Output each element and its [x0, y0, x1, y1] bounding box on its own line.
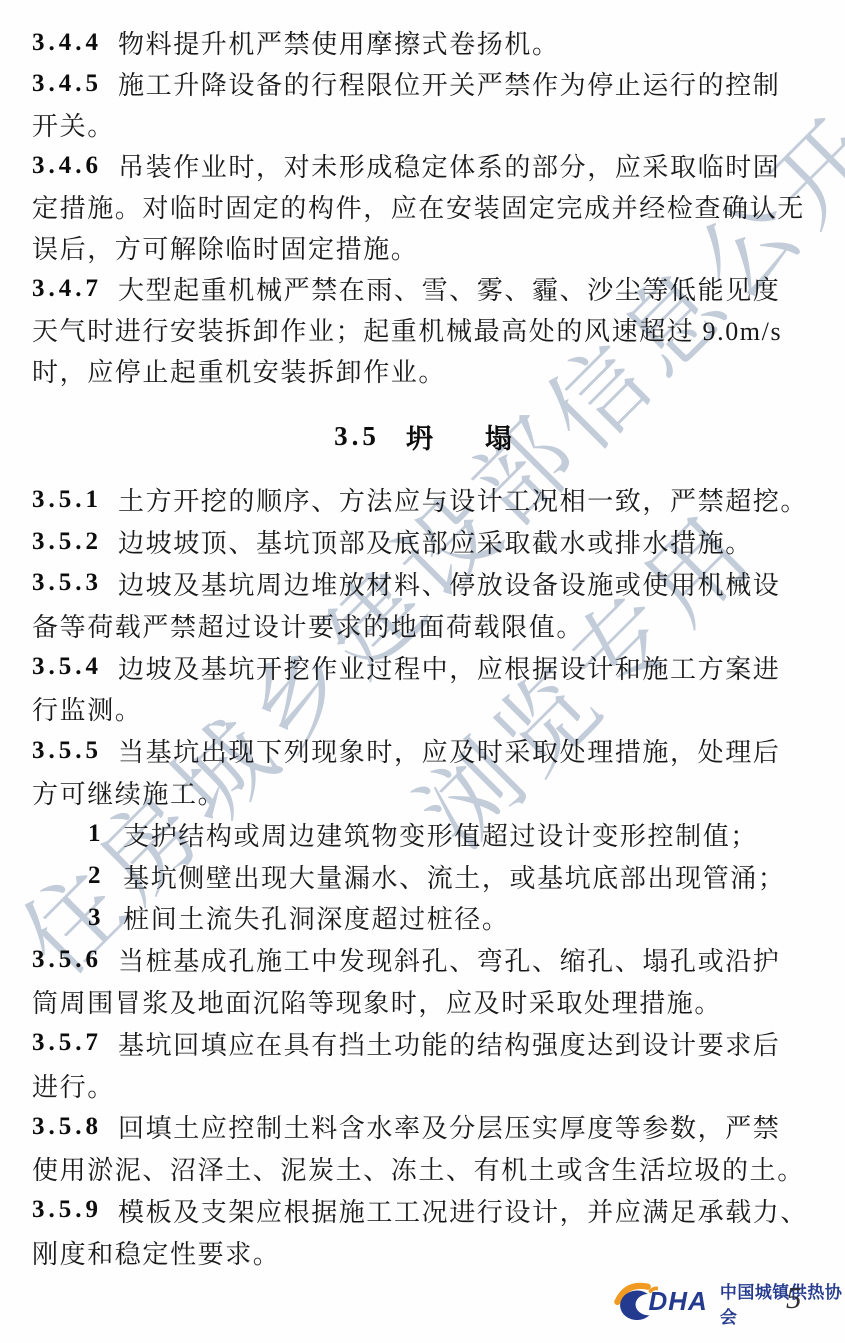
clause-number: 3.5.5 [32, 737, 102, 765]
line-text: 时，应停止起重机安装拆卸作业。 [32, 352, 446, 389]
clause-line: 3.5.1土方开挖的顺序、方法应与设计工况相一致，严禁超挖。 [32, 479, 814, 521]
cdha-logo: DHA 中国城镇供热协会 [612, 1276, 845, 1326]
clause-number: 3.5.2 [32, 528, 102, 556]
cdha-c-swoosh-icon [612, 1276, 658, 1326]
line-text: 刚度和稳定性要求。 [32, 1234, 280, 1271]
line-text: 备等荷载严禁超过设计要求的地面荷载限值。 [32, 607, 584, 644]
subitem-line: 3桩间土流失孔洞深度超过桩径。 [32, 897, 814, 939]
clause-line: 3.4.6吊装作业时，对未形成稳定体系的部分，应采取临时固 [32, 145, 814, 186]
clause-number: 3.4.7 [32, 275, 102, 303]
line-text: 物料提升机严禁使用摩擦式卷扬机。 [118, 24, 560, 61]
line-text: 模板及支架应根据施工工况进行设计，并应满足承载力、 [118, 1192, 808, 1229]
clause-number: 3.5.7 [32, 1029, 102, 1057]
continuation-line: 方可继续施工。 [32, 772, 814, 814]
line-text: 筒周围冒浆及地面沉陷等现象时，应及时采取处理措施。 [32, 983, 722, 1020]
document-page: 住房城乡建设部信息公开 浏览专用 3.4.4物料提升机严禁使用摩擦式卷扬机。3.… [0, 0, 845, 1343]
clause-line: 3.4.5施工升降设备的行程限位开关严禁作为停止运行的控制 [32, 63, 814, 104]
clause-line: 3.5.8回填土应控制土料含水率及分层压实厚度等参数，严禁 [32, 1106, 814, 1148]
section-heading-word1: 坍 [406, 417, 433, 456]
subitem-number: 2 [88, 862, 102, 890]
line-text: 使用淤泥、沼泽土、泥炭土、冻土、有机土或含生活垃圾的土。 [32, 1150, 805, 1187]
continuation-line: 定措施。对临时固定的构件，应在安装固定完成并经检查确认无 [32, 186, 814, 227]
clause-line: 3.5.2边坡坡顶、基坑顶部及底部应采取截水或排水措施。 [32, 521, 814, 563]
line-text: 进行。 [32, 1067, 115, 1104]
clause-number: 3.5.1 [32, 486, 102, 514]
continuation-line: 开关。 [32, 104, 814, 145]
clause-line: 3.5.3边坡及基坑周边堆放材料、停放设备设施或使用机械设 [32, 563, 814, 605]
continuation-line: 进行。 [32, 1064, 814, 1106]
line-text: 定措施。对临时固定的构件，应在安装固定完成并经检查确认无 [32, 188, 805, 225]
line-text: 吊装作业时，对未形成稳定体系的部分，应采取临时固 [118, 147, 780, 184]
clause-line: 3.5.6当桩基成孔施工中发现斜孔、弯孔、缩孔、塌孔或沿护 [32, 939, 814, 981]
clause-number: 3.4.5 [32, 70, 102, 98]
section-heading: 3.5坍塌 [32, 415, 814, 457]
subitem-number: 3 [88, 904, 102, 932]
clause-line: 3.4.4物料提升机严禁使用摩擦式卷扬机。 [32, 22, 814, 63]
line-text: 施工升降设备的行程限位开关严禁作为停止运行的控制 [118, 65, 780, 102]
document-content: 3.4.4物料提升机严禁使用摩擦式卷扬机。3.4.5施工升降设备的行程限位开关严… [32, 22, 814, 1273]
line-text: 当基坑出现下列现象时，应及时采取处理措施，处理后 [118, 732, 780, 769]
subitem-number: 1 [88, 820, 102, 848]
line-text: 边坡坡顶、基坑顶部及底部应采取截水或排水措施。 [118, 523, 753, 560]
line-text: 大型起重机械严禁在雨、雪、雾、霾、沙尘等低能见度 [118, 270, 780, 307]
line-text: 开关。 [32, 106, 115, 143]
continuation-line: 行监测。 [32, 688, 814, 730]
subitem-line: 1支护结构或周边建筑物变形值超过设计变形控制值； [32, 813, 814, 855]
continuation-line: 刚度和稳定性要求。 [32, 1231, 814, 1273]
continuation-line: 天气时进行安装拆卸作业；起重机械最高处的风速超过 9.0m/s [32, 309, 814, 350]
line-text: 方可继续施工。 [32, 774, 225, 811]
clause-line: 3.5.5当基坑出现下列现象时，应及时采取处理措施，处理后 [32, 730, 814, 772]
continuation-line: 备等荷载严禁超过设计要求的地面荷载限值。 [32, 604, 814, 646]
line-text: 天气时进行安装拆卸作业；起重机械最高处的风速超过 9.0m/s [32, 311, 782, 348]
line-text: 回填土应控制土料含水率及分层压实厚度等参数，严禁 [118, 1108, 780, 1145]
line-text: 桩间土流失孔洞深度超过桩径。 [123, 899, 509, 936]
line-text: 边坡及基坑周边堆放材料、停放设备设施或使用机械设 [118, 565, 780, 602]
subitem-line: 2基坑侧壁出现大量漏水、流土，或基坑底部出现管涌； [32, 855, 814, 897]
clause-line: 3.5.4边坡及基坑开挖作业过程中，应根据设计和施工方案进 [32, 646, 814, 688]
clause-number: 3.4.4 [32, 29, 102, 57]
continuation-line: 时，应停止起重机安装拆卸作业。 [32, 350, 814, 391]
cdha-logo-letters: DHA [648, 1286, 707, 1317]
clause-line: 3.5.7基坑回填应在具有挡土功能的结构强度达到设计要求后 [32, 1022, 814, 1064]
cdha-logo-name: 中国城镇供热协会 [720, 1278, 845, 1328]
line-text: 支护结构或周边建筑物变形值超过设计变形控制值； [123, 816, 758, 853]
clause-number: 3.5.8 [32, 1113, 102, 1141]
line-text: 边坡及基坑开挖作业过程中，应根据设计和施工方案进 [118, 649, 780, 686]
section-heading-number: 3.5 [334, 421, 380, 452]
line-text: 土方开挖的顺序、方法应与设计工况相一致，严禁超挖。 [118, 481, 808, 518]
clause-line: 3.5.9模板及支架应根据施工工况进行设计，并应满足承载力、 [32, 1190, 814, 1232]
clause-number: 3.4.6 [32, 152, 102, 180]
continuation-line: 使用淤泥、沼泽土、泥炭土、冻土、有机土或含生活垃圾的土。 [32, 1148, 814, 1190]
clause-number: 3.5.3 [32, 569, 102, 597]
continuation-line: 误后，方可解除临时固定措施。 [32, 227, 814, 268]
clause-number: 3.5.9 [32, 1196, 102, 1224]
clause-line: 3.4.7大型起重机械严禁在雨、雪、雾、霾、沙尘等低能见度 [32, 268, 814, 309]
continuation-line: 筒周围冒浆及地面沉陷等现象时，应及时采取处理措施。 [32, 981, 814, 1023]
section-heading-word2: 塌 [485, 417, 512, 456]
clause-number: 3.5.4 [32, 653, 102, 681]
clause-number: 3.5.6 [32, 946, 102, 974]
page-number: 5 [786, 1280, 802, 1316]
line-text: 当桩基成孔施工中发现斜孔、弯孔、缩孔、塌孔或沿护 [118, 941, 780, 978]
line-text: 误后，方可解除临时固定措施。 [32, 229, 418, 266]
line-text: 行监测。 [32, 690, 142, 727]
line-text: 基坑侧壁出现大量漏水、流土，或基坑底部出现管涌； [123, 858, 785, 895]
line-text: 基坑回填应在具有挡土功能的结构强度达到设计要求后 [118, 1025, 780, 1062]
